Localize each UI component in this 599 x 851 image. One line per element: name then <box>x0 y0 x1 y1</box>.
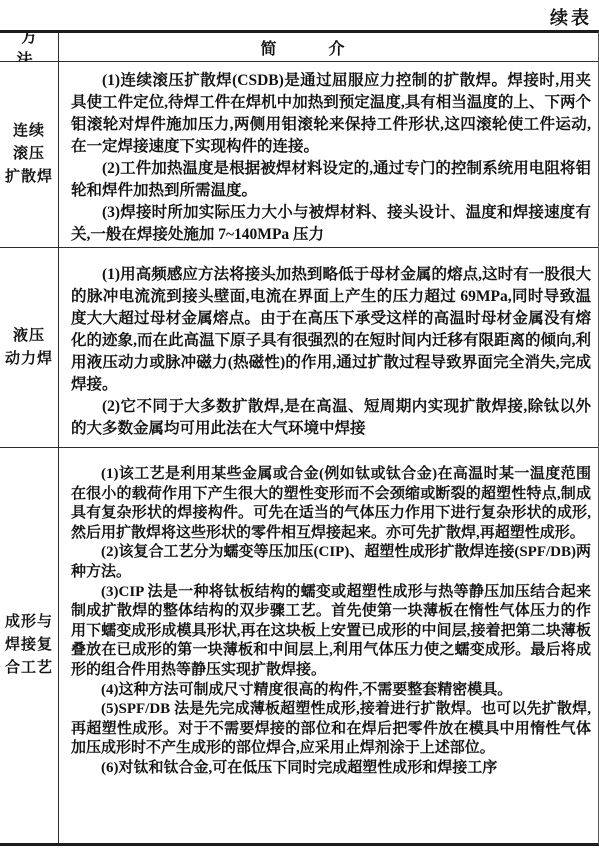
method-description: (1)该工艺是利用某些金属或合金(例如钛或钛合金)在高温时某一温度范围在很小的载… <box>59 448 598 843</box>
paragraph: (6)对钛和钛合金,可在低压下同时完成超塑性成形和焊接工序 <box>71 759 591 779</box>
method-name-cell: 连续 滚压 扩散焊 <box>0 62 59 247</box>
column-header-intro: 简介 <box>59 33 598 61</box>
table-row: 连续 滚压 扩散焊 (1)连续滚压扩散焊(CSDB)是通过屈服应力控制的扩散焊。… <box>0 62 598 248</box>
method-name: 连续 滚压 扩散焊 <box>5 120 53 189</box>
paragraph: (1)连续滚压扩散焊(CSDB)是通过屈服应力控制的扩散焊。焊接时,用夹具使工件… <box>71 70 591 158</box>
method-name-cell: 液压 动力焊 <box>0 248 59 447</box>
table-row: 液压 动力焊 (1)用高频感应方法将接头加热到略低于母材金属的熔点,这时有一股很… <box>0 248 598 448</box>
column-header-method: 方法 <box>0 33 59 61</box>
method-name: 液压 动力焊 <box>5 325 53 371</box>
paragraph: (3)CIP 法是一种将钛板结构的蠕变或超塑性成形与热等静压加压结合起来制成扩散… <box>71 583 591 681</box>
paragraph: (1)该工艺是利用某些金属或合金(例如钛或钛合金)在高温时某一温度范围在很小的载… <box>71 465 591 543</box>
method-name-cell: 成形与 焊接复 合工艺 <box>0 448 59 843</box>
paragraph: (3)焊接时所加实际压力大小与被焊材料、接头设计、温度和焊接速度有关,一般在焊接… <box>71 202 591 246</box>
table-row: 成形与 焊接复 合工艺 (1)该工艺是利用某些金属或合金(例如钛或钛合金)在高温… <box>0 448 598 843</box>
method-name: 成形与 焊接复 合工艺 <box>5 611 53 680</box>
table-header-row: 方法 简介 <box>0 33 598 62</box>
paragraph: (2)工件加热温度是根据被焊材料设定的,通过专门的控制系统用电阻将钼轮和焊件加热… <box>71 158 591 202</box>
paragraph: (5)SPF/DB 法是先完成薄板超塑性成形,接着进行扩散焊。也可以先扩散焊,再… <box>71 700 591 759</box>
paragraph: (1)用高频感应方法将接头加热到略低于母材金属的熔点,这时有一股很大的脉冲电流流… <box>71 264 591 396</box>
paragraph: (4)这种方法可制成尺寸精度很高的构件,不需要整套精密模具。 <box>71 681 591 701</box>
methods-table: 方法 简介 连续 滚压 扩散焊 (1)连续滚压扩散焊(CSDB)是通过屈服应力控… <box>0 30 599 846</box>
paragraph: (2)该复合工艺分为蠕变等压加压(CIP)、超塑性成形扩散焊连接(SPF/DB)… <box>71 543 591 582</box>
method-description: (1)用高频感应方法将接头加热到略低于母材金属的熔点,这时有一股很大的脉冲电流流… <box>59 248 598 447</box>
continued-table-label: 续表 <box>550 4 592 30</box>
paragraph: (2)它不同于大多数扩散焊,是在高温、短周期内实现扩散焊接,除钛以外的大多数金属… <box>71 396 591 440</box>
method-description: (1)连续滚压扩散焊(CSDB)是通过屈服应力控制的扩散焊。焊接时,用夹具使工件… <box>59 62 598 247</box>
